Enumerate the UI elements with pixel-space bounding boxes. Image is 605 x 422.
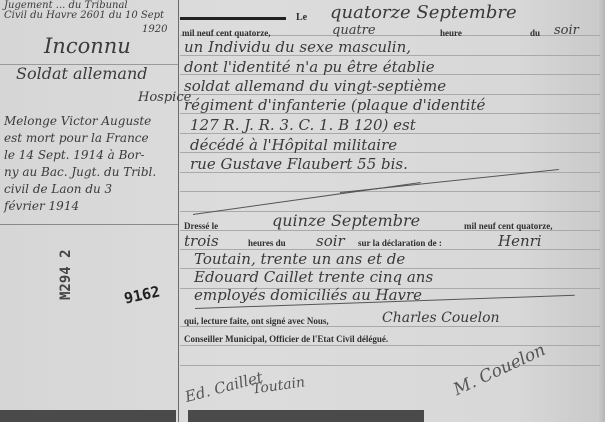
scan-border-bar [188,410,424,422]
header-bar [180,17,286,20]
death-hour: quatre [332,23,376,38]
deceased-name: Inconnu [44,34,131,58]
label-declaration: sur la déclaration de : [358,238,442,248]
record-number-stamp: 9162 [123,282,162,307]
declarant-firstname: Henri [498,232,542,250]
margin-divider [178,0,179,422]
officer-name: Charles Couelon [382,310,500,326]
death-date: quatorze Septembre [330,2,517,23]
drafted-hour: trois [184,232,219,250]
label-heures-du: heures du [248,238,286,248]
deceased-title: Soldat allemand [16,64,148,83]
label-dresse-le: Dressé le [184,221,218,231]
drafted-date: quinze Septembre [272,211,420,230]
margin-rule [0,224,178,225]
label-year-2: mil neuf cent quatorze, [464,221,552,231]
label-officer-title: Conseiller Municipal, Officier de l'Etat… [184,334,388,344]
register-page: Jugement ... du Tribunal Civil du Havre … [0,0,605,422]
death-period: soir [554,23,579,38]
label-year: mil neuf cent quatorze, [182,28,270,38]
rule-line [180,326,600,327]
label-signature-line: qui, lecture faite, ont signé avec Nous, [184,316,329,326]
rule-line [180,365,600,366]
margin-ref-year: 1920 [142,24,167,35]
label-du: du [530,28,540,38]
label-le: Le [296,12,307,23]
drafted-period: soir [316,232,345,250]
label-heure: heure [440,28,462,38]
signature-officer: M. Couelon [450,340,548,400]
archive-stamp-vertical: M294 2 [58,249,74,300]
margin-ref-line2: Civil du Havre 2601 du 10 Sept [4,10,164,21]
rule-line [180,191,600,192]
scan-border-bar [0,410,176,422]
